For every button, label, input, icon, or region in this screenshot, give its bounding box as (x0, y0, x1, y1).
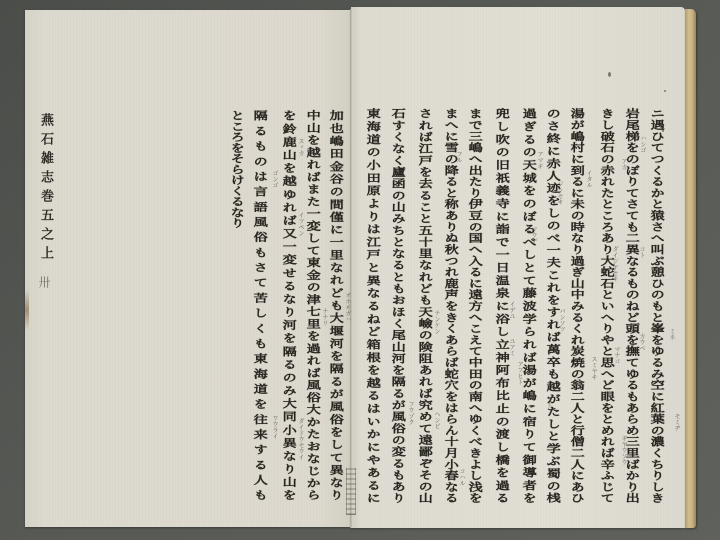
gutter-mark (346, 468, 356, 515)
furigana: ヘンピ (433, 411, 439, 429)
furigana: イツペン (297, 212, 303, 236)
furigana: コト (638, 246, 644, 258)
furigana: マウデ (530, 226, 536, 244)
furigana: ミネ (668, 328, 674, 340)
ink-spot (608, 72, 611, 77)
furigana: オホヰガハ (344, 292, 350, 322)
book-gutter (350, 9, 352, 528)
furigana: バンソツ (558, 308, 564, 332)
book-title-margin: 燕石雑志巻五之上 (36, 113, 54, 265)
text-column: ニ遇ひてつくるかと猿さへ叫ぶ憩ひのもと峯をゆるみ空に紅葉の濃くちりしき (645, 108, 669, 503)
furigana: ハシゴ (639, 135, 645, 153)
page-number: 卅 (39, 276, 53, 288)
furigana: ナナリ (321, 308, 327, 326)
text-column: ところをそらけくるなり (225, 110, 249, 228)
furigana: スミヤキ (590, 356, 596, 380)
text-column: 東海道の小田原よりは江戸と異なるねど箱根を越るはいかにやあるに (361, 108, 385, 503)
furigana: スヾカ (297, 138, 303, 156)
page-edge-stack (685, 9, 696, 528)
furigana: ダイジヤセキ (611, 246, 617, 282)
furigana: フウゾク (407, 401, 413, 425)
furigana: ゴンゴ (271, 170, 277, 188)
text-column: きし破石の赤れたところあり大蛇石といへりやと思へど眼をとめれば辛ふじて (595, 108, 619, 503)
furigana: ワウライ (271, 415, 277, 439)
furigana: アフヒト (516, 361, 522, 385)
text-column: 隔るものは言語風俗もさて苦しくも東海道を往来する人も (248, 110, 272, 500)
text-column: されば江戸を去ること五十里なれども天嶮の険阻あれば究めて遠鄙ぞその山 (413, 108, 437, 503)
ink-spot (664, 90, 666, 92)
furigana: ヤド (545, 396, 551, 408)
open-book-photo: 燕石雑志巻五之上 卅 加也嶋田金谷の間僅に一里なれども大堰河を隔るが風俗をして異… (0, 0, 720, 540)
furigana: ジンセキ (556, 181, 562, 205)
furigana: コハル (458, 468, 464, 486)
page-edge-stain (25, 290, 29, 330)
text-column: 中山を越ればまた一変して東金の津七里を過れば風俗大かたおなじから (301, 110, 325, 500)
furigana: アカ (620, 158, 626, 170)
furigana: アマギ (536, 151, 542, 169)
furigana: ダイドウセウイ (297, 418, 303, 460)
furigana: ギヤウソウ (620, 435, 626, 465)
furigana: フル (455, 151, 461, 163)
text-column: 湯が嶋村に到るに未の時なり過ぎ山中みるくれ炭焼の翁二人と行僧二人にあひ (565, 108, 589, 503)
text-column: 石すくなく廬函の山みちとなるともおほく尾山河を隔るが風俗の変るもあり (386, 108, 410, 503)
text-column: まで三嶋へ出たり伊豆の国へ入るに遠方へこえて中田の南へゆくべきよし浅を (463, 108, 487, 503)
text-column: まへに雪の降ると称ありぬ秋つれ鹿声をきくあらば蛇穴をはらん十月小春なる (439, 108, 463, 503)
furigana: イデユ (508, 301, 514, 319)
furigana: カウベ (638, 333, 644, 351)
furigana: イタル (585, 170, 591, 188)
text-column: のさ終に赤人迹をしのべ一夫これをすれば萬卒も越がたしと学ぶ蜀の桟 (541, 108, 565, 503)
furigana: マナコ (613, 346, 619, 364)
furigana: モミヂ (673, 413, 679, 431)
ink-spot (662, 128, 664, 132)
furigana: ユアミ (508, 338, 514, 356)
furigana: テンケン (433, 310, 439, 334)
